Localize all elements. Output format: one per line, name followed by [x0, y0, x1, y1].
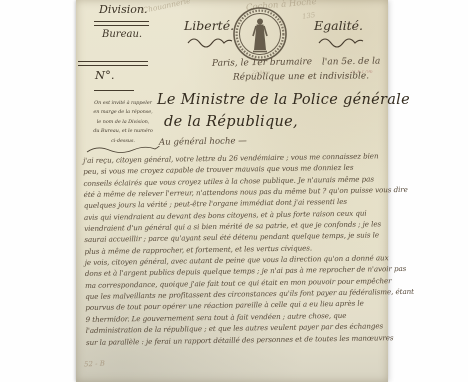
- liberte-flourish: [186, 38, 234, 48]
- margin-note-line: du Bureau, et le numéro: [84, 127, 162, 136]
- numero-bottom-rule: [94, 90, 134, 91]
- division-label: Division.: [99, 3, 147, 16]
- dateline-year: l'an 5e. de la: [322, 56, 381, 67]
- letter-body: j'ai reçu, citoyen général, votre lettre…: [83, 150, 388, 348]
- ministry-title-line2: de la République,: [164, 114, 298, 130]
- egalite-label: Egalité.: [314, 18, 363, 33]
- margin-note-line: en marge de la réponse,: [84, 108, 162, 117]
- dateline-republic: République une et indivisible.: [233, 71, 369, 82]
- dateline-place-date: Paris, le 1er brumaire: [212, 57, 312, 69]
- pencil-annotation-chouannerie: Chouannerie: [142, 0, 192, 15]
- division-underline: [94, 21, 149, 26]
- ministry-title-line1: Le Ministre de la Police générale: [157, 92, 410, 108]
- margin-note: On est invité à rappeler en marge de la …: [84, 99, 162, 146]
- document-scan: { "letterhead": { "division_label": "Div…: [0, 0, 468, 382]
- salutation: Au général hoche —: [159, 136, 247, 148]
- liberte-label: Liberté.: [184, 18, 234, 33]
- margin-note-line: ci-dessus.: [84, 137, 162, 146]
- egalite-flourish: [317, 38, 365, 48]
- pencil-archive-mark: 52 - B: [84, 359, 105, 368]
- letter-page: Chouannerie Cochon à Hoche 135 Division.…: [76, 0, 388, 382]
- numero-top-rule: [78, 61, 148, 66]
- margin-note-line: On est invité à rappeler: [84, 99, 162, 108]
- numero-label: N°.: [95, 68, 114, 82]
- margin-note-line: le nom de la Division,: [84, 118, 162, 127]
- bureau-label: Bureau.: [102, 29, 142, 40]
- republic-seal-icon: [232, 6, 288, 62]
